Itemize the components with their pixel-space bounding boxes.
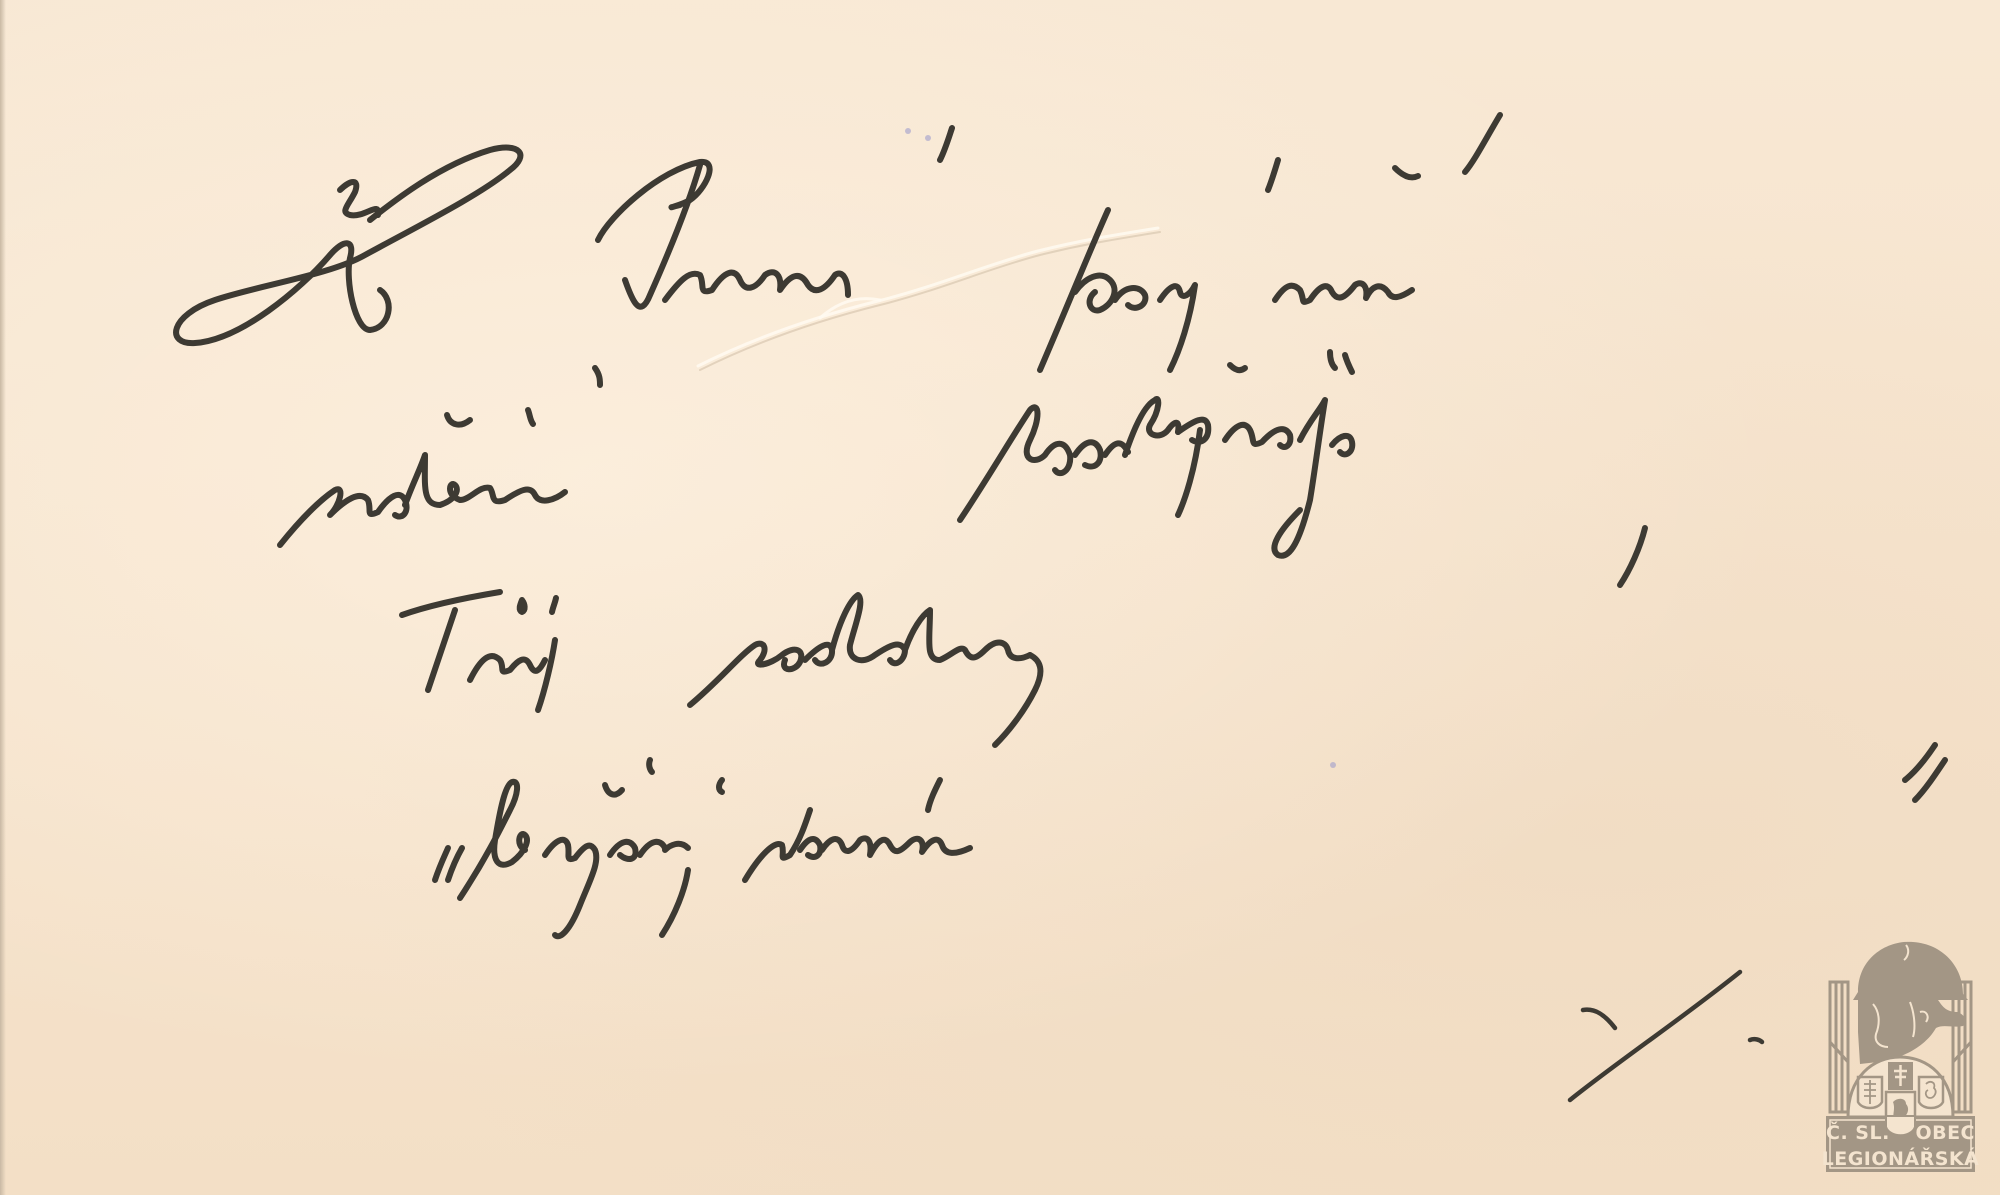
handwriting-line-3: [402, 592, 1040, 745]
handwriting-line-2: [280, 352, 1645, 585]
handwriting-line-1: [176, 115, 1500, 370]
handwriting-strokes: [0, 0, 2000, 1195]
legion-emblem: Č. SL. OBEC LEGIONÁŘSKÁ: [1818, 912, 1983, 1177]
signature-mark: [1570, 972, 1762, 1100]
emblem-caption-left: Č. SL.: [1826, 1122, 1890, 1144]
emblem-caption-line-2: LEGIONÁŘSKÁ: [1818, 1148, 1983, 1170]
handwritten-card: K Tvému povýšení společně blahopřeje Tvů…: [0, 0, 2000, 1195]
handwriting-line-4: [435, 745, 1945, 936]
emblem-caption-right: OBEC: [1915, 1122, 1975, 1144]
emblem-caption-line-1: Č. SL. OBEC: [1818, 1122, 1983, 1144]
